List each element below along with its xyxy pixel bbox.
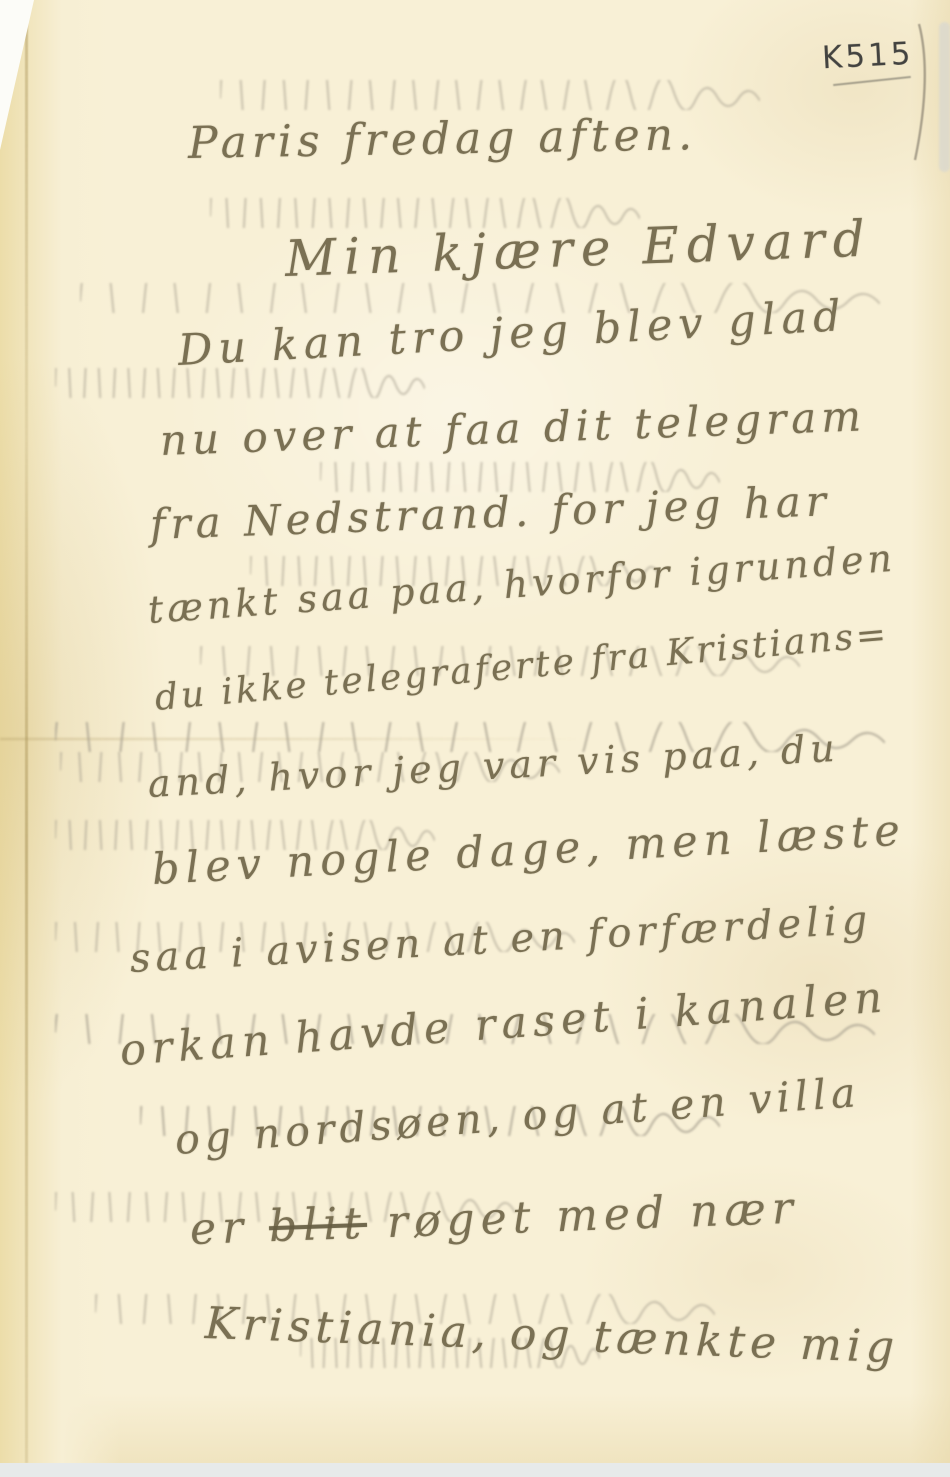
letter-line-1: Paris fredag aften. bbox=[188, 109, 698, 169]
letter-scan: K515 Paris fredag aften. Min kjære Edvar… bbox=[0, 0, 950, 1477]
bleed-through-ghost-writing bbox=[220, 80, 760, 110]
line13-pre: er bbox=[189, 1201, 270, 1255]
vertical-fold-crease bbox=[25, 0, 28, 1463]
scan-background-strip bbox=[0, 1463, 950, 1477]
crossed-out-word: blit bbox=[268, 1198, 368, 1252]
page-corner-edge bbox=[905, 22, 945, 162]
catalog-number: K515 bbox=[821, 36, 914, 77]
